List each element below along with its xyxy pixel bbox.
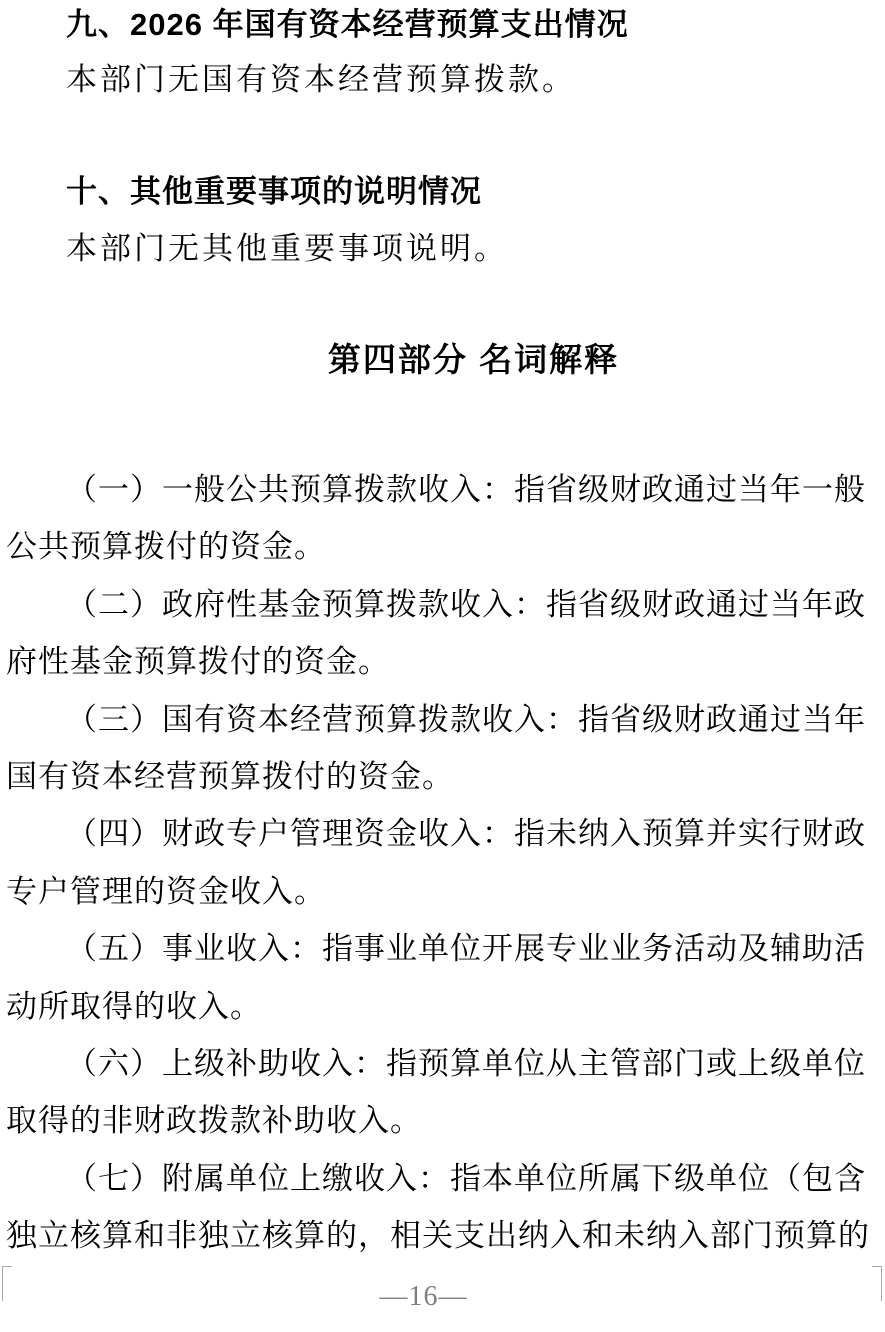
definition-1-line-1: （一）一般公共预算拨款收入：指省级财政通过当年一般: [6, 461, 882, 518]
section-9-heading: 九、2026 年国有资本经营预算支出情况: [66, 5, 629, 45]
definition-6-line-2: 取得的非财政拨款补助收入。: [6, 1092, 882, 1149]
definition-3-line-2: 国有资本经营预算拨付的资金。: [6, 748, 882, 805]
document-page: 九、2026 年国有资本经营预算支出情况 本部门无国有资本经营预算拨款。 十、其…: [0, 0, 885, 1332]
section-10-heading: 十、其他重要事项的说明情况: [66, 172, 482, 212]
page-number: —16—: [0, 1280, 866, 1314]
definition-7-line-2: 独立核算和非独立核算的，相关支出纳入和未纳入部门预算的: [6, 1207, 882, 1264]
section-10-body: 本部门无其他重要事项说明。: [66, 229, 508, 269]
definition-4-line-1: （四）财政专户管理资金收入：指未纳入预算并实行财政: [6, 805, 882, 862]
part-4-heading: 第四部分 名词解释: [62, 340, 885, 380]
definition-7-line-1: （七）附属单位上缴收入：指本单位所属下级单位（包含: [6, 1150, 882, 1207]
text-boundary-mark-right: [872, 1266, 882, 1301]
section-9-body: 本部门无国有资本经营预算拨款。: [66, 60, 576, 100]
definition-5-line-2: 动所取得的收入。: [6, 978, 882, 1035]
definition-1-line-2: 公共预算拨付的资金。: [6, 518, 882, 575]
definition-4-line-2: 专户管理的资金收入。: [6, 863, 882, 920]
definition-2-line-2: 府性基金预算拨付的资金。: [6, 633, 882, 690]
definition-5-line-1: （五）事业收入：指事业单位开展专业业务活动及辅助活: [6, 920, 882, 977]
text-boundary-mark-left: [2, 1266, 12, 1301]
definitions-list: （一）一般公共预算拨款收入：指省级财政通过当年一般 公共预算拨付的资金。 （二）…: [6, 461, 882, 1265]
definition-3-line-1: （三）国有资本经营预算拨款收入：指省级财政通过当年: [6, 691, 882, 748]
definition-6-line-1: （六）上级补助收入：指预算单位从主管部门或上级单位: [6, 1035, 882, 1092]
definition-2-line-1: （二）政府性基金预算拨款收入：指省级财政通过当年政: [6, 576, 882, 633]
